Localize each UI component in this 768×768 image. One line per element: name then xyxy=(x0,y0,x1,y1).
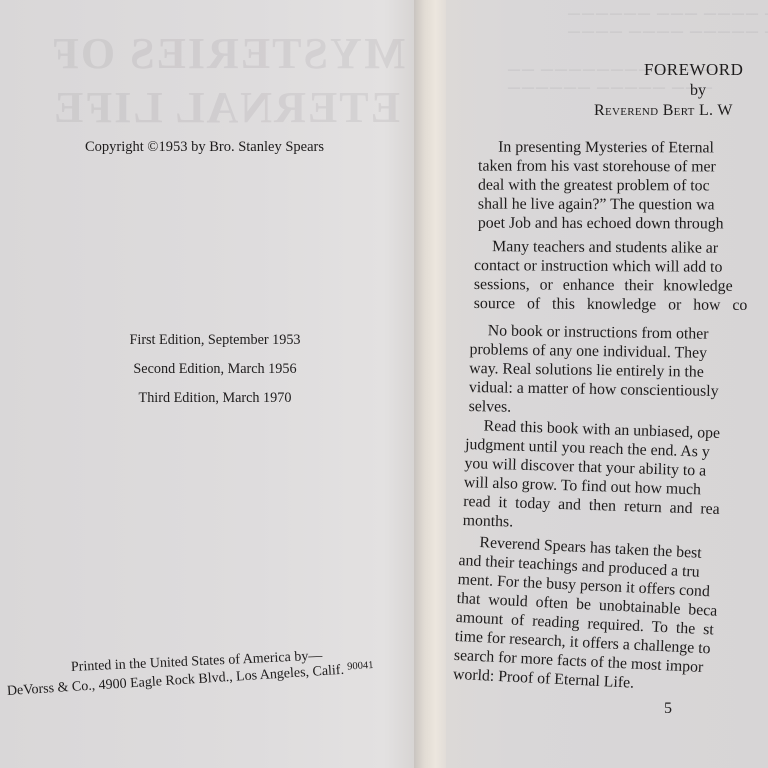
foreword-by: by xyxy=(690,82,706,100)
text-line: sessions, or enhance their knowledge xyxy=(474,275,748,296)
show-through-title-line-1: MYSTERIES OF xyxy=(50,28,405,79)
text-line: Many teachers and students alike ar xyxy=(474,237,748,258)
paragraph: Reverend Spears has taken the best and t… xyxy=(453,532,721,697)
paragraph: No book or instructions from other probl… xyxy=(469,321,720,420)
text-line: deal with the greatest problem of toc xyxy=(478,176,724,196)
book-gutter xyxy=(414,0,450,768)
text-line: poet Job and has echoed down through xyxy=(478,214,724,234)
text-line: contact or instruction which will add to xyxy=(474,256,748,277)
show-through-title-line-2: ETERNAL LIFE xyxy=(52,82,400,133)
show-through-text: —————— ————— ———— ———— xyxy=(566,24,768,39)
edition-item: First Edition, September 1953 xyxy=(100,329,330,358)
edition-item: Third Edition, March 1970 xyxy=(100,387,330,416)
edition-list: First Edition, September 1953 Second Edi… xyxy=(100,329,330,416)
show-through-text: ———— ——— ———— ——— —————— xyxy=(566,6,768,21)
paragraph: Read this book with an unbiased, ope jud… xyxy=(462,416,722,538)
text-line: taken from his vast storehouse of mer xyxy=(478,157,724,177)
copyright-notice: Copyright ©1953 by Bro. Stanley Spears xyxy=(85,139,324,156)
text-line: shall he live again?” The question wa xyxy=(478,195,724,215)
foreword-title: FOREWORD xyxy=(644,60,743,80)
text-line: source of this knowledge or how co xyxy=(474,294,748,315)
paragraph: Many teachers and students alike ar cont… xyxy=(474,237,748,315)
text-line: In presenting Mysteries of Eternal xyxy=(478,138,724,158)
page-number: 5 xyxy=(664,700,672,718)
paragraph: In presenting Mysteries of Eternal taken… xyxy=(478,138,724,234)
zip-code: 90041 xyxy=(347,660,374,673)
show-through-text: ——— ————— —————— xyxy=(506,80,712,95)
left-page: MYSTERIES OF ETERNAL LIFE Copyright ©195… xyxy=(0,0,418,768)
edition-item: Second Edition, March 1956 xyxy=(100,358,330,387)
foreword-author: Reverend Bert L. W xyxy=(594,102,733,120)
